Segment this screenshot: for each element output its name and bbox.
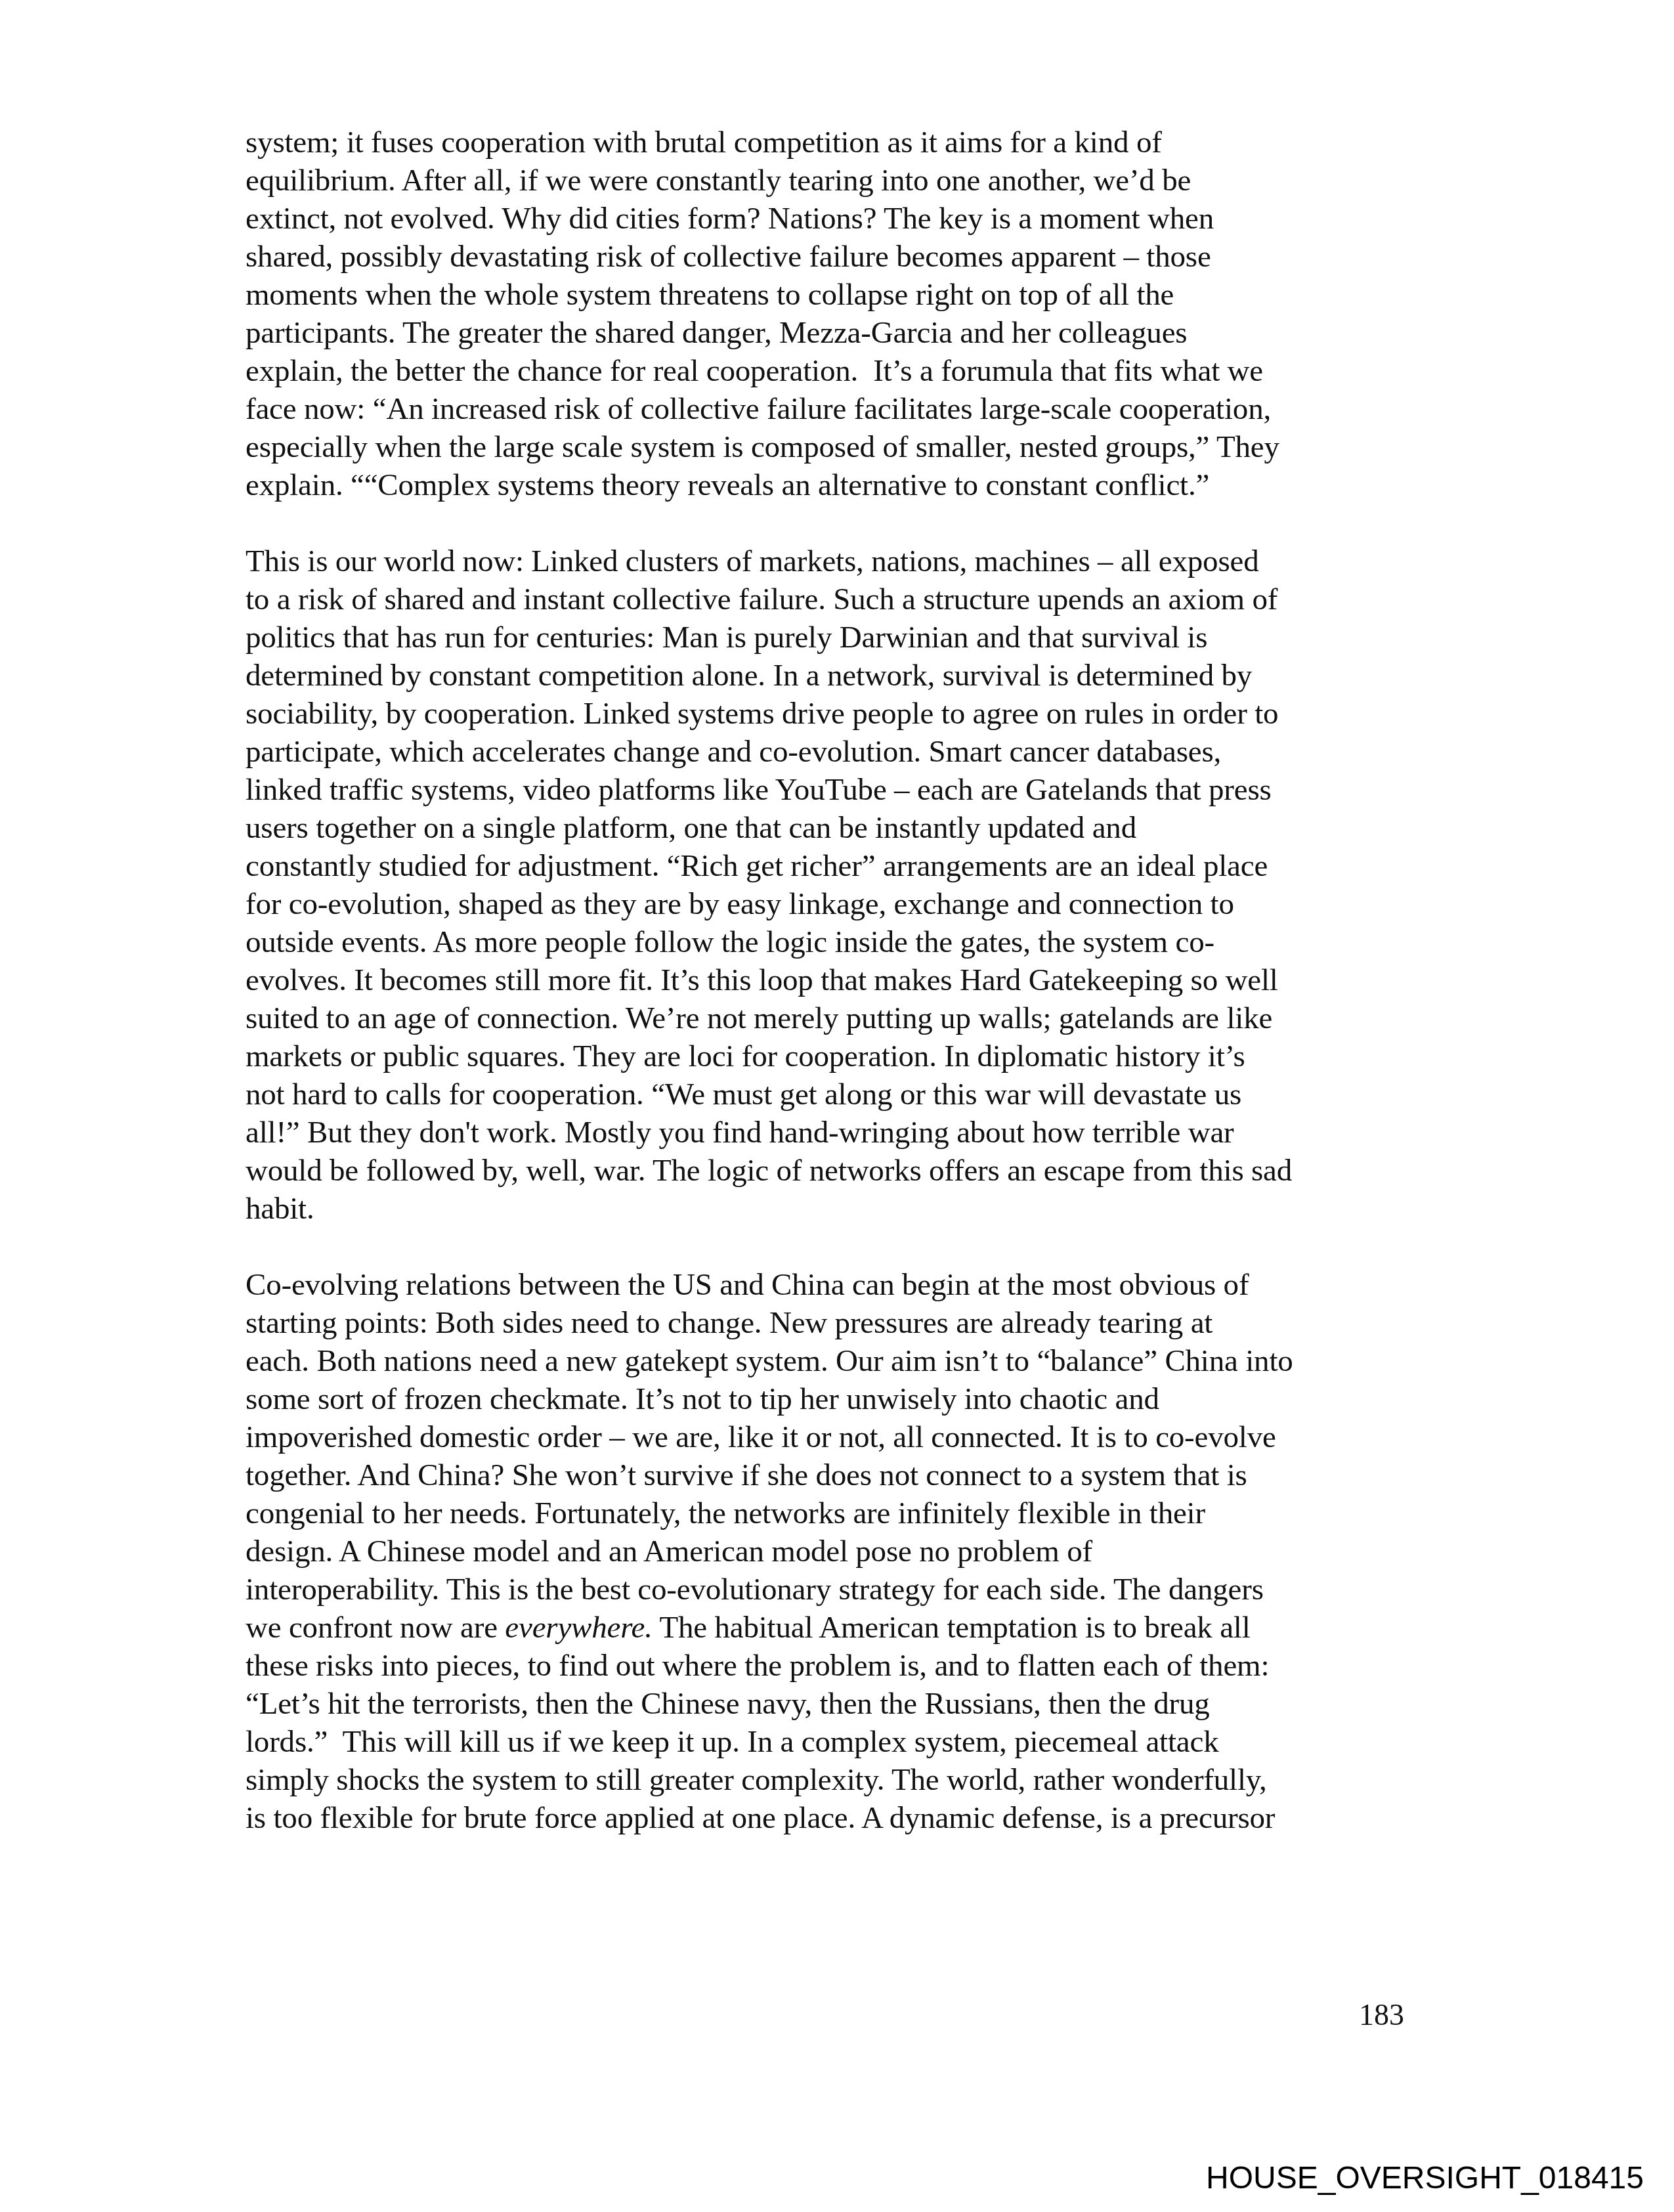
- text-line: This is our world now: Linked clusters o…: [246, 542, 1440, 580]
- text-line: to a risk of shared and instant collecti…: [246, 580, 1440, 618]
- text-line: explain, the better the chance for real …: [246, 352, 1440, 390]
- text-line: participants. The greater the shared dan…: [246, 314, 1440, 352]
- text-line: would be followed by, well, war. The log…: [246, 1152, 1440, 1190]
- bates-stamp: HOUSE_OVERSIGHT_018415: [1206, 2160, 1644, 2197]
- text-line: design. A Chinese model and an American …: [246, 1532, 1440, 1571]
- text-line: shared, possibly devastating risk of col…: [246, 238, 1440, 276]
- text-line: markets or public squares. They are loci…: [246, 1037, 1440, 1075]
- text-line: outside events. As more people follow th…: [246, 923, 1440, 961]
- text-line: politics that has run for centuries: Man…: [246, 618, 1440, 657]
- text-line: explain. ““Complex systems theory reveal…: [246, 466, 1440, 504]
- text-line: equilibrium. After all, if we were const…: [246, 162, 1440, 200]
- text-line-with-emphasis: we confront now are everywhere. The habi…: [246, 1609, 1440, 1647]
- text-line: lords.” This will kill us if we keep it …: [246, 1723, 1440, 1761]
- text-line: extinct, not evolved. Why did cities for…: [246, 200, 1440, 238]
- text-line: suited to an age of connection. We’re no…: [246, 999, 1440, 1037]
- text-line: “Let’s hit the terrorists, then the Chin…: [246, 1685, 1440, 1723]
- text-line: for co-evolution, shaped as they are by …: [246, 885, 1440, 923]
- paragraph-1: system; it fuses cooperation with brutal…: [246, 123, 1440, 504]
- text-line: participate, which accelerates change an…: [246, 733, 1440, 771]
- paragraph-2: This is our world now: Linked clusters o…: [246, 542, 1440, 1228]
- emphasized-text: everywhere.: [505, 1611, 652, 1645]
- page-number: 183: [1359, 1996, 1404, 2034]
- text-line: especially when the large scale system i…: [246, 428, 1440, 466]
- text-line: sociability, by cooperation. Linked syst…: [246, 695, 1440, 733]
- text-line: not hard to calls for cooperation. “We m…: [246, 1075, 1440, 1114]
- text-line: face now: “An increased risk of collecti…: [246, 390, 1440, 428]
- text-line: some sort of frozen checkmate. It’s not …: [246, 1380, 1440, 1418]
- paragraph-3: Co-evolving relations between the US and…: [246, 1266, 1440, 1837]
- text-line: moments when the whole system threatens …: [246, 276, 1440, 314]
- text-line: congenial to her needs. Fortunately, the…: [246, 1494, 1440, 1532]
- text-line: habit.: [246, 1190, 1440, 1228]
- document-body: system; it fuses cooperation with brutal…: [246, 123, 1440, 1875]
- text-line: system; it fuses cooperation with brutal…: [246, 123, 1440, 162]
- text-line: starting points: Both sides need to chan…: [246, 1304, 1440, 1342]
- text-line: users together on a single platform, one…: [246, 809, 1440, 847]
- text-line: together. And China? She won’t survive i…: [246, 1456, 1440, 1494]
- text-line: determined by constant competition alone…: [246, 657, 1440, 695]
- text-line: each. Both nations need a new gatekept s…: [246, 1342, 1440, 1380]
- text-line: interoperability. This is the best co-ev…: [246, 1571, 1440, 1609]
- text-line: linked traffic systems, video platforms …: [246, 771, 1440, 809]
- text-segment: The habitual American temptation is to b…: [653, 1611, 1251, 1645]
- text-line: constantly studied for adjustment. “Rich…: [246, 847, 1440, 885]
- text-segment: we confront now are: [246, 1611, 505, 1645]
- text-line: impoverished domestic order – we are, li…: [246, 1418, 1440, 1456]
- text-line: all!” But they don't work. Mostly you fi…: [246, 1114, 1440, 1152]
- text-line: these risks into pieces, to find out whe…: [246, 1647, 1440, 1685]
- text-line: simply shocks the system to still greate…: [246, 1761, 1440, 1799]
- text-line: is too flexible for brute force applied …: [246, 1799, 1440, 1837]
- text-line: Co-evolving relations between the US and…: [246, 1266, 1440, 1304]
- text-line: evolves. It becomes still more fit. It’s…: [246, 961, 1440, 999]
